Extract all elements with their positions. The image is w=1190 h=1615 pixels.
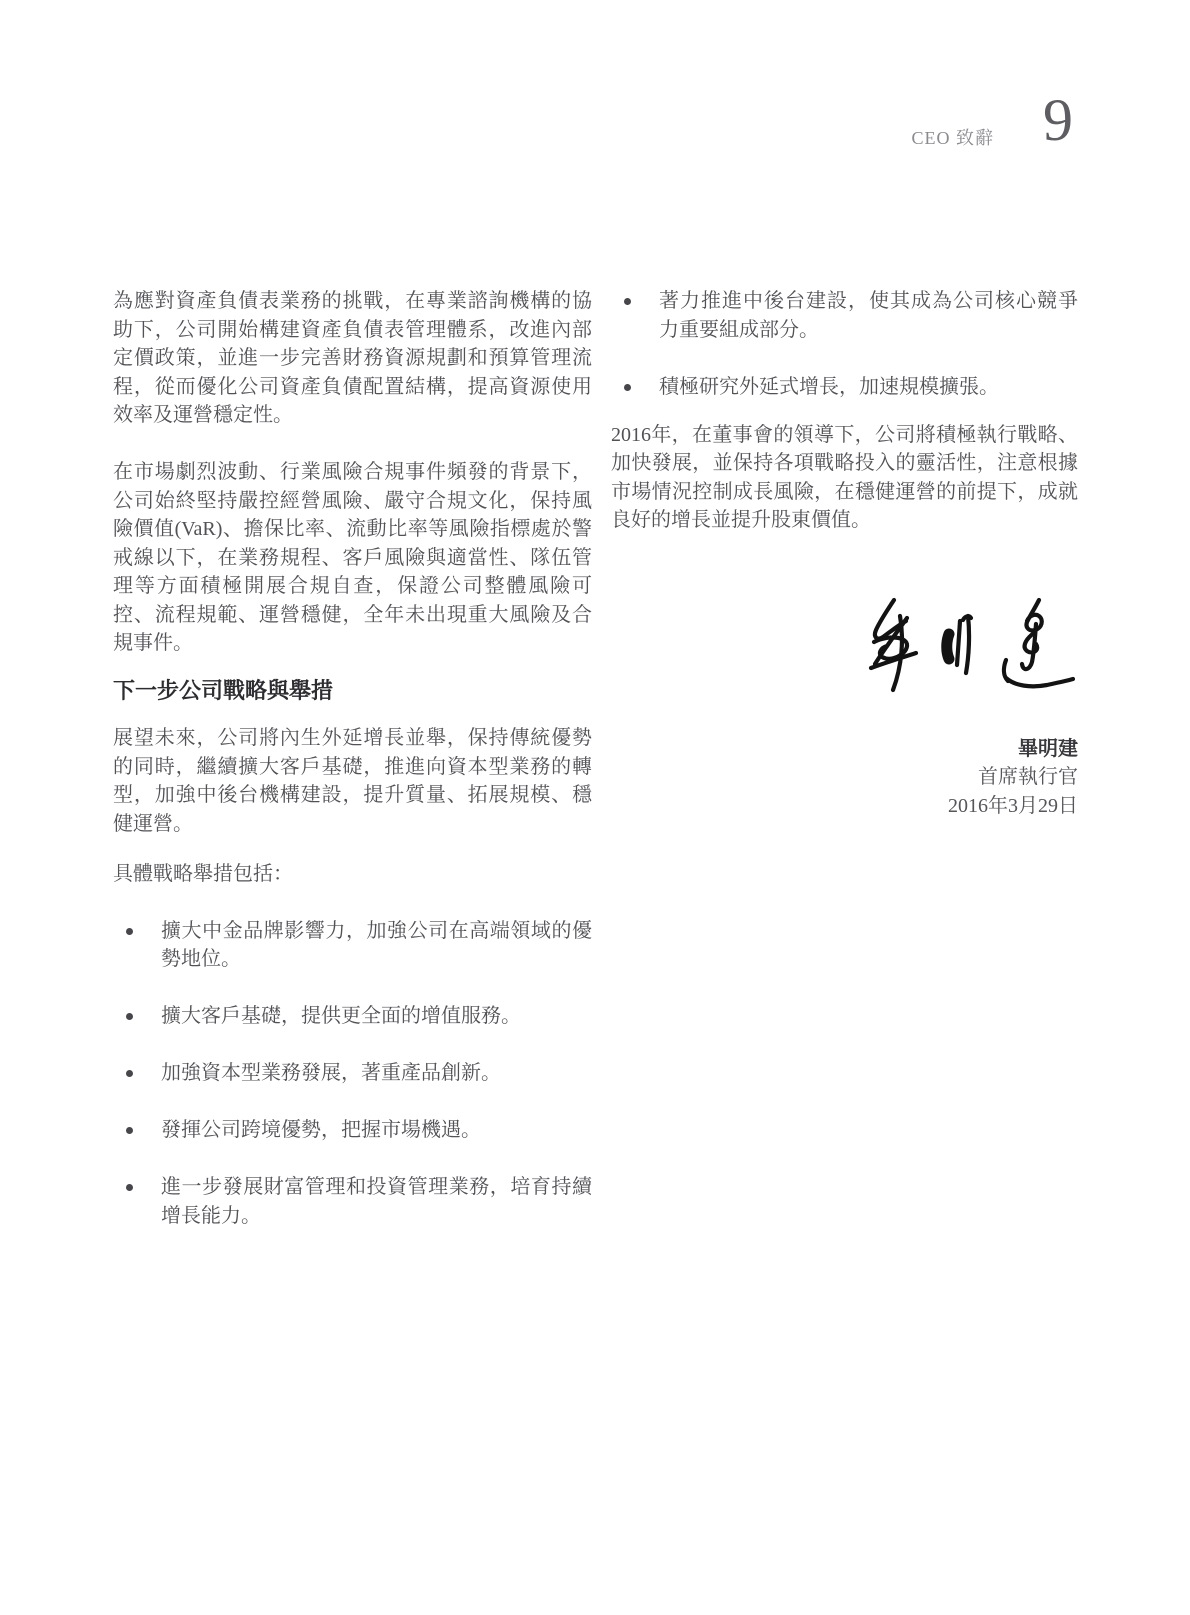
paragraph: 在市場劇烈波動、行業風險合規事件頻發的背景下，公司始終堅持嚴控經營風險、嚴守合規… bbox=[113, 458, 592, 658]
signature-block: 畢明建 首席執行官 2016年3月29日 bbox=[611, 594, 1078, 821]
strategy-list: 擴大中金品牌影響力，加強公司在高端領域的優勢地位。 擴大客戶基礎，提供更全面的增… bbox=[113, 917, 592, 1231]
signatory-name: 畢明建 bbox=[611, 735, 1078, 764]
paragraph: 2016年，在董事會的領導下，公司將積極執行戰略、加快發展，並保持各項戰略投入的… bbox=[611, 421, 1078, 535]
bullet-icon bbox=[624, 384, 631, 391]
section-heading: 下一步公司戰略與舉措 bbox=[113, 676, 592, 706]
list-item-text: 擴大客戶基礎，提供更全面的增值服務。 bbox=[161, 1005, 521, 1027]
list-item-text: 發揮公司跨境優勢，把握市場機遇。 bbox=[161, 1119, 481, 1141]
page-number: 9 bbox=[1043, 92, 1073, 148]
paragraph: 為應對資產負債表業務的挑戰，在專業諮詢機構的協助下，公司開始構建資產負債表管理體… bbox=[113, 287, 592, 430]
list-item-text: 著力推進中後台建設，使其成為公司核心競爭力重要組成部分。 bbox=[659, 290, 1078, 341]
list-item: 積極研究外延式增長，加速規模擴張。 bbox=[611, 373, 1078, 402]
list-item-text: 擴大中金品牌影響力，加強公司在高端領域的優勢地位。 bbox=[161, 920, 592, 971]
list-item-text: 進一步發展財富管理和投資管理業務，培育持續增長能力。 bbox=[161, 1176, 592, 1227]
list-item-text: 加強資本型業務發展，著重產品創新。 bbox=[161, 1062, 501, 1084]
content: 為應對資產負債表業務的挑戰，在專業諮詢機構的協助下，公司開始構建資產負債表管理體… bbox=[113, 287, 1078, 1259]
left-column: 為應對資產負債表業務的挑戰，在專業諮詢機構的協助下，公司開始構建資產負債表管理體… bbox=[113, 287, 592, 1259]
signature-date: 2016年3月29日 bbox=[611, 792, 1078, 821]
list-item: 加強資本型業務發展，著重產品創新。 bbox=[113, 1059, 592, 1088]
bullet-icon bbox=[126, 1013, 133, 1020]
bullet-icon bbox=[126, 1070, 133, 1077]
signature-image bbox=[863, 594, 1075, 694]
strategy-list-continued: 著力推進中後台建設，使其成為公司核心競爭力重要組成部分。 積極研究外延式增長，加… bbox=[611, 287, 1078, 401]
list-item: 進一步發展財富管理和投資管理業務，培育持續增長能力。 bbox=[113, 1173, 592, 1230]
list-item: 擴大中金品牌影響力，加強公司在高端領域的優勢地位。 bbox=[113, 917, 592, 974]
document-page: CEO 致辭 9 為應對資產負債表業務的挑戰，在專業諮詢機構的協助下，公司開始構… bbox=[0, 0, 1190, 1615]
section-label: CEO 致辭 bbox=[912, 124, 995, 150]
list-intro: 具體戰略舉措包括： bbox=[113, 860, 592, 889]
list-item: 發揮公司跨境優勢，把握市場機遇。 bbox=[113, 1116, 592, 1145]
right-column: 著力推進中後台建設，使其成為公司核心競爭力重要組成部分。 積極研究外延式增長，加… bbox=[611, 287, 1078, 1259]
bullet-icon bbox=[126, 928, 133, 935]
paragraph: 展望未來，公司將內生外延增長並舉，保持傳統優勢的同時，繼續擴大客戶基礎，推進向資… bbox=[113, 724, 592, 838]
bullet-icon bbox=[126, 1184, 133, 1191]
signatory-title: 首席執行官 bbox=[611, 763, 1078, 792]
bullet-icon bbox=[624, 298, 631, 305]
list-item: 擴大客戶基礎，提供更全面的增值服務。 bbox=[113, 1002, 592, 1031]
bullet-icon bbox=[126, 1127, 133, 1134]
list-item-text: 積極研究外延式增長，加速規模擴張。 bbox=[659, 376, 999, 398]
list-item: 著力推進中後台建設，使其成為公司核心競爭力重要組成部分。 bbox=[611, 287, 1078, 344]
